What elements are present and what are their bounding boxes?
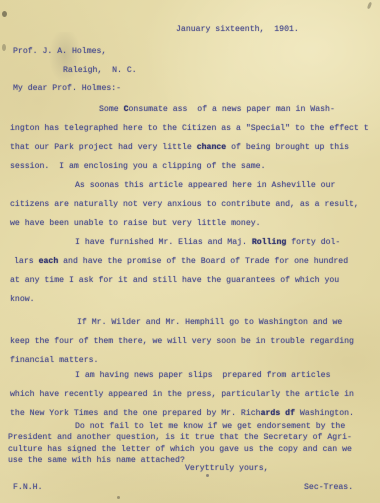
signature-initials: F.N.H. xyxy=(13,483,42,492)
letter-line: which have recently appeared in the pres… xyxy=(10,385,376,404)
closing-valediction: Veryttruly yours, xyxy=(185,464,269,473)
letter-line: As soonas this article appeared here in … xyxy=(10,176,376,195)
letter-line: culture has signed the letter of which y… xyxy=(8,444,374,455)
paragraph-3: I have furnished Mr. Elias and Maj. Roll… xyxy=(10,233,376,309)
paragraph-6: Do not fail to let me know if we get end… xyxy=(8,421,374,467)
paragraph-2: As soonas this article appeared here in … xyxy=(10,176,376,233)
paper-speck xyxy=(206,474,209,477)
paper-speck xyxy=(367,2,372,10)
paragraph-1: Some Consumate ass of a news paper man i… xyxy=(10,100,376,176)
recipient-name: Prof. J. A. Holmes, xyxy=(13,47,106,56)
typewritten-letter-page: January sixteenth, 1901. Prof. J. A. Hol… xyxy=(0,0,380,503)
paper-speck xyxy=(2,44,6,51)
letter-date: January sixteenth, 1901. xyxy=(176,25,299,34)
letter-line: that our Park project had very little ch… xyxy=(10,138,376,157)
paper-speck xyxy=(117,496,120,499)
letter-line: keep the four of them there, we will ver… xyxy=(10,332,376,351)
paper-speck xyxy=(2,11,7,17)
letter-line: lars each and have the promise of the Bo… xyxy=(10,252,376,271)
letter-line: at any time I ask for it and still have … xyxy=(10,271,376,290)
letter-line: I am having news paper slips prepared fr… xyxy=(10,366,376,385)
paper-stain xyxy=(48,32,82,84)
letter-line: citizens are naturally not very anxious … xyxy=(10,195,376,214)
signature-title: Sec-Treas. xyxy=(304,483,353,492)
letter-line: we have been unable to raise but very li… xyxy=(10,214,376,233)
letter-line: I have furnished Mr. Elias and Maj. Roll… xyxy=(10,233,376,252)
recipient-city: Raleigh, N. C. xyxy=(63,66,137,75)
letter-line: Some Consumate ass of a news paper man i… xyxy=(10,100,376,119)
letter-line: know. xyxy=(10,290,376,309)
letter-line: ington has telegraphed here to the Citiz… xyxy=(10,119,376,138)
letter-line: President and another question, is it tr… xyxy=(8,432,374,443)
salutation: My dear Prof. Holmes:- xyxy=(13,84,121,93)
letter-line: session. I am enclosing you a clipping o… xyxy=(10,157,376,176)
paragraph-5: I am having news paper slips prepared fr… xyxy=(10,366,376,423)
letter-line: Do not fail to let me know if we get end… xyxy=(8,421,374,432)
letter-line: If Mr. Wilder and Mr. Hemphill go to Was… xyxy=(10,313,376,332)
paragraph-4: If Mr. Wilder and Mr. Hemphill go to Was… xyxy=(10,313,376,370)
